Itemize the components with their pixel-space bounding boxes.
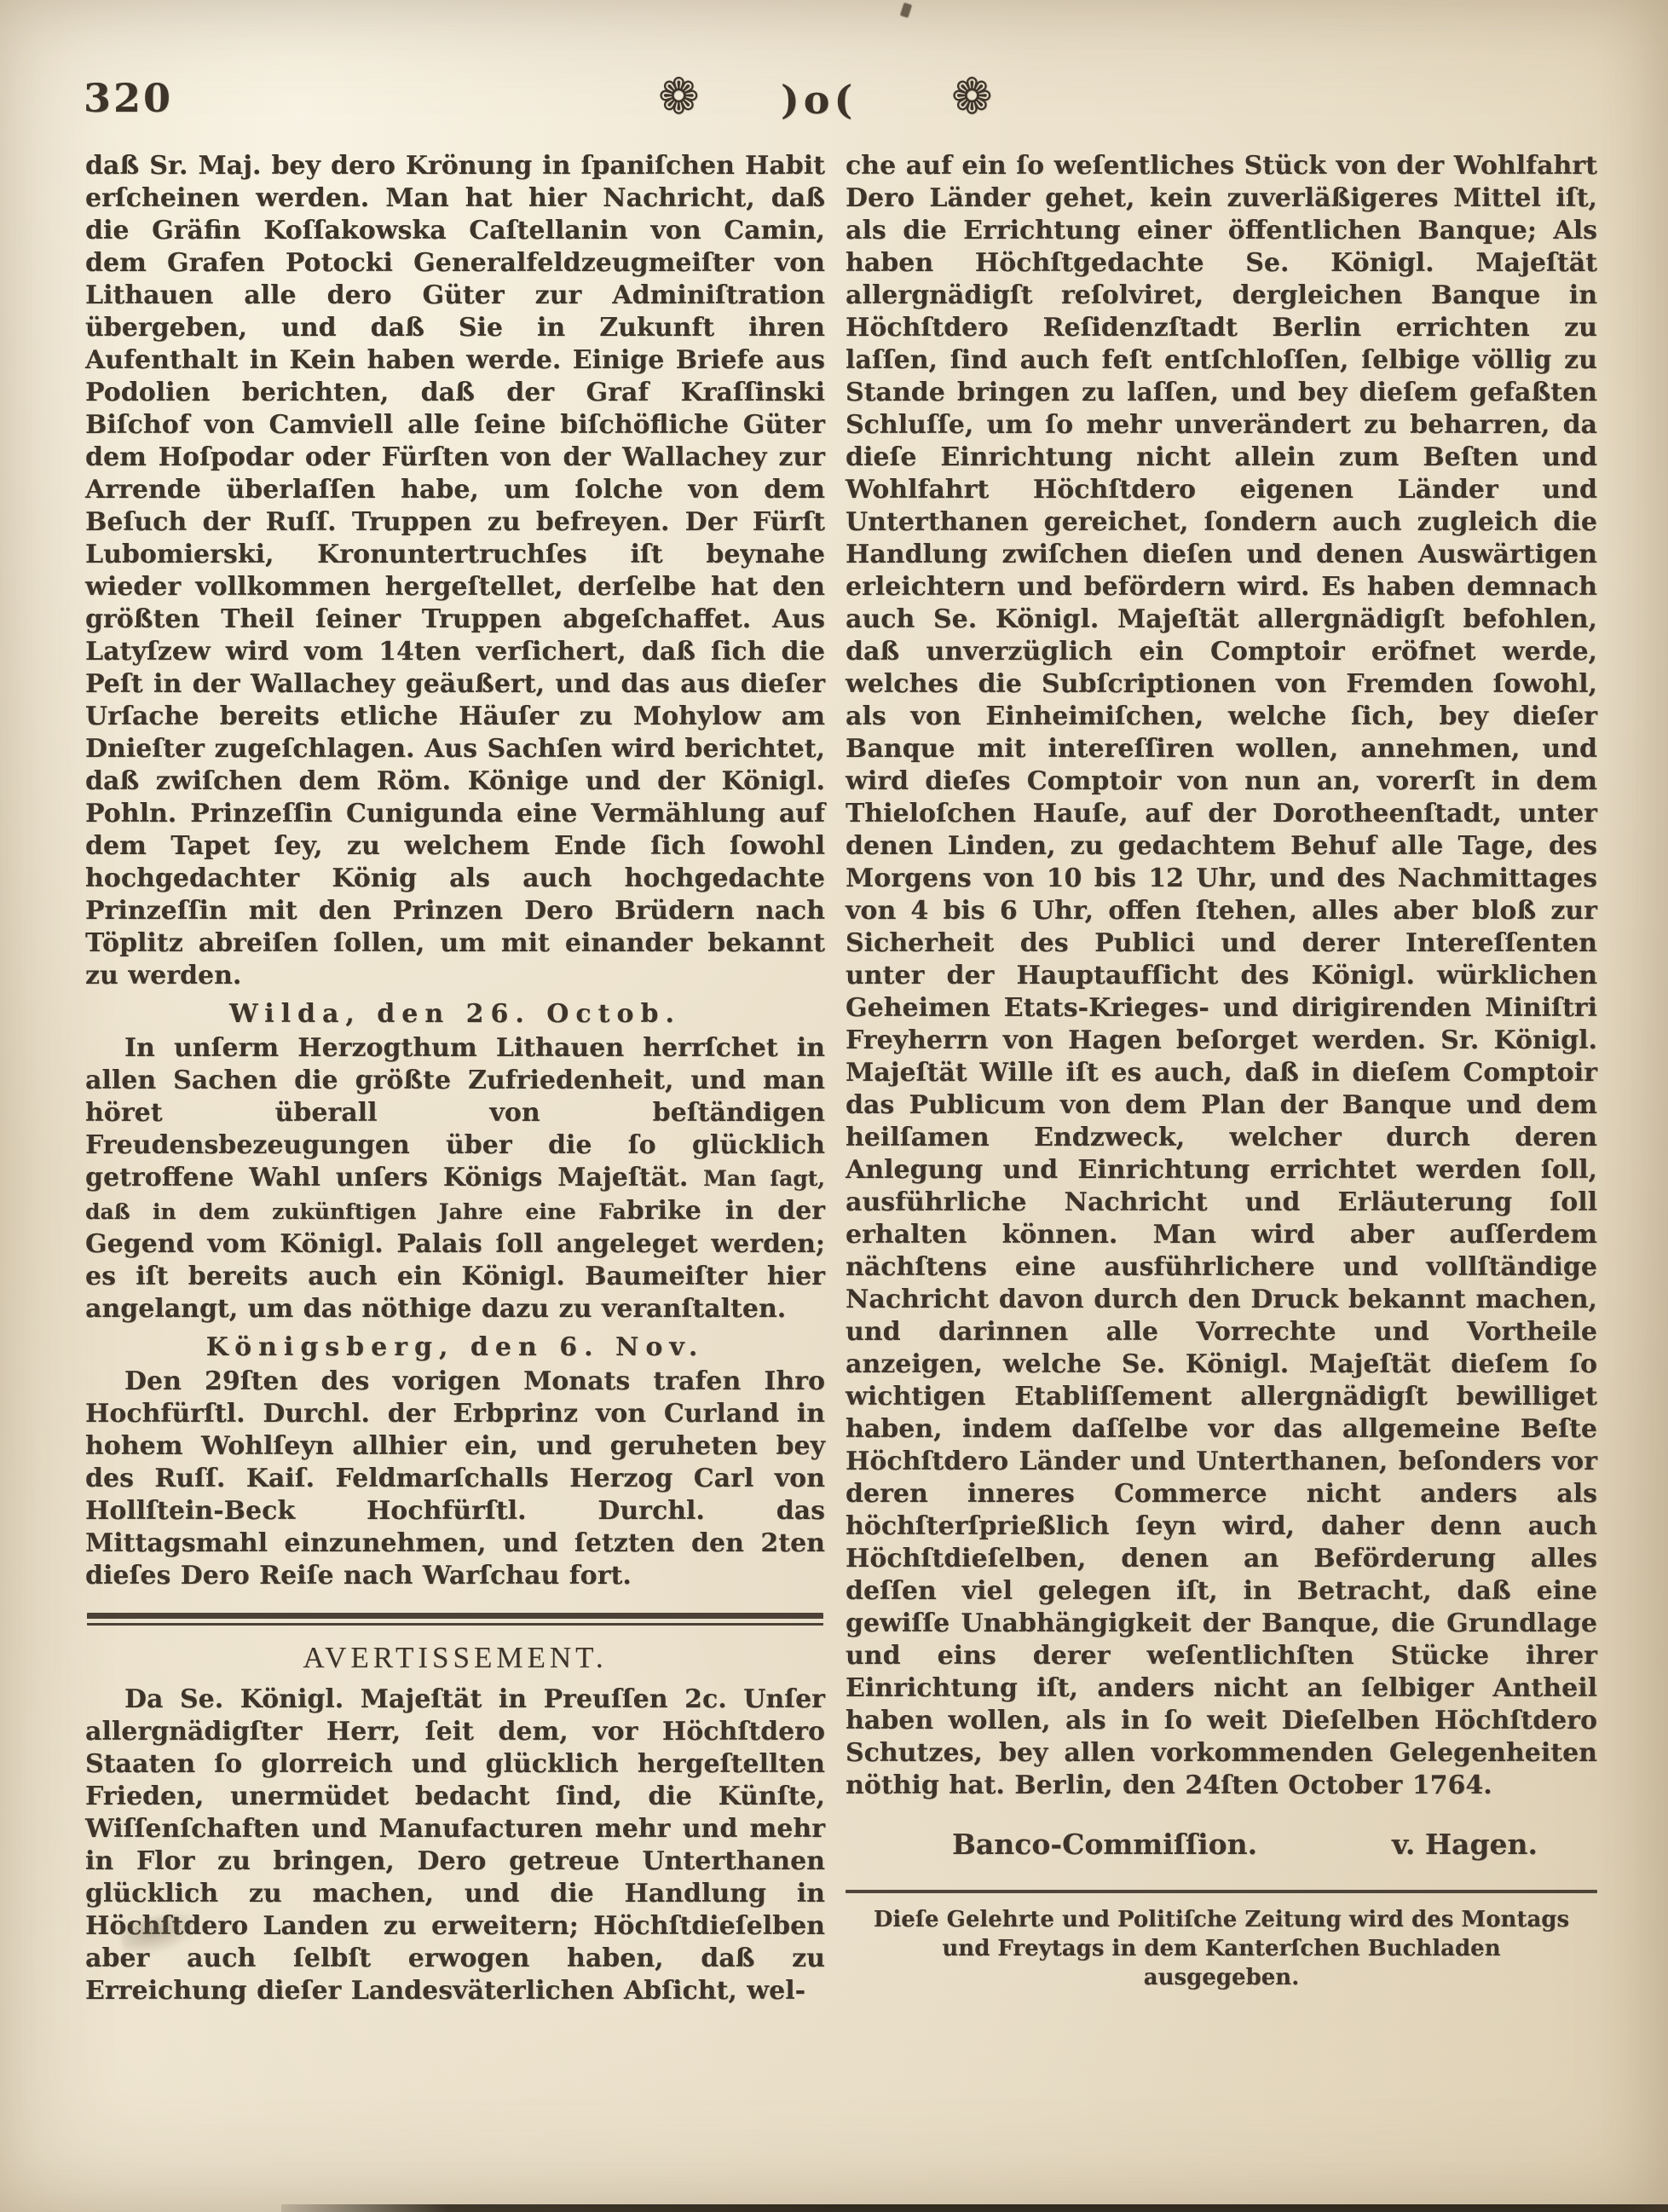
footer-line: ausgegeben. — [846, 1963, 1597, 1992]
advertisement-heading: AVERTISSEMENT. — [85, 1641, 825, 1675]
left-text-column: daß Sr. Maj. bey dero Krönung in ſpaniſc… — [85, 150, 825, 2007]
signature-row: Banco-Commiſſion.v. Hagen. — [846, 1802, 1597, 1861]
paragraph: Den 29ſten des vorigen Monats trafen Ihr… — [85, 1366, 825, 1592]
right-text-column: che auf ein ſo weſentliches Stück von de… — [846, 150, 1597, 1992]
fleuron-ornament-icon: ❁ — [951, 72, 993, 121]
paragraph: daß Sr. Maj. bey dero Krönung in ſpaniſc… — [85, 150, 825, 992]
imprint-note: Dieſe Gelehrte und Politiſche Zeitung wi… — [846, 1905, 1597, 1992]
signature-v-hagen: v. Hagen. — [1392, 1828, 1538, 1861]
header-signature-mark: )o( — [781, 77, 857, 123]
scan-edge-shadow — [281, 2204, 1668, 2212]
dateline-heading: Wilda, den 26. Octob. — [85, 999, 825, 1029]
text-segment: Da Se. Königl. Majeſtät in Preuſſen 2c. … — [85, 1684, 825, 2006]
text-segment: che auf ein ſo weſentliches Stück von de… — [846, 151, 1597, 1800]
paragraph: che auf ein ſo weſentliches Stück von de… — [846, 150, 1597, 1802]
double-rule-divider — [87, 1613, 823, 1626]
footer-rule — [846, 1890, 1597, 1893]
page-number: 320 — [84, 75, 173, 121]
text-segment: Den 29ſten des vorigen Monats trafen Ihr… — [85, 1366, 825, 1591]
paragraph: In unſerm Herzogthum Lithauen herrſchet … — [85, 1032, 825, 1325]
newspaper-page: 320 ❁ )o( ❁ daß Sr. Maj. bey dero Krönun… — [0, 0, 1668, 2212]
fleuron-ornament-icon: ❁ — [658, 72, 700, 121]
signature-banco-commission: Banco-Commiſſion. — [952, 1828, 1257, 1861]
ink-speck — [900, 3, 912, 18]
text-segment: daß Sr. Maj. bey dero Krönung in ſpaniſc… — [85, 151, 825, 990]
paragraph: Da Se. Königl. Majeſtät in Preuſſen 2c. … — [85, 1684, 825, 2007]
dateline-heading: Königsberg, den 6. Nov. — [85, 1332, 825, 1362]
footer-line: Dieſe Gelehrte und Politiſche Zeitung wi… — [846, 1905, 1597, 1934]
footer-line: und Freytags in dem Kanterſchen Buchlade… — [846, 1934, 1597, 1963]
